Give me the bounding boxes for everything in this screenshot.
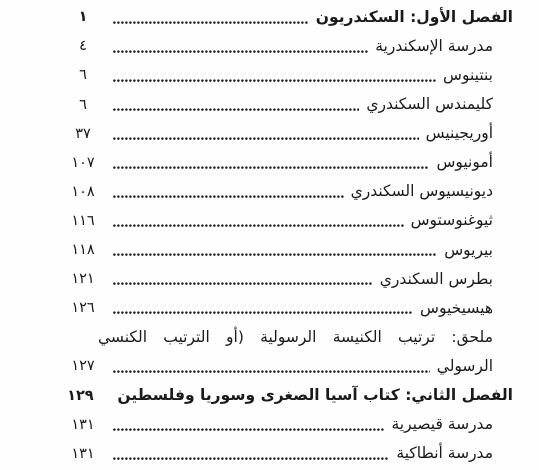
toc-row: مدرسة الإسكندرية ٤	[60, 32, 513, 61]
dot-leader	[113, 253, 437, 257]
toc-row-chapter-1: الفصل الأول: السكندريون ١	[60, 3, 513, 32]
toc-title: الرسولي	[437, 359, 493, 375]
toc-title: مدرسة أنطاكية	[396, 446, 493, 462]
page-number: ١٢٦	[60, 301, 106, 316]
dot-leader	[113, 21, 309, 25]
toc-row: مدرسة قيصيرية ١٣١	[60, 410, 513, 439]
page-number: ٤	[60, 39, 106, 54]
page-number: ١١٨	[60, 243, 106, 258]
toc-row: ديونيسيوس السكندري ١٠٨	[60, 178, 513, 207]
dot-leader	[113, 370, 430, 374]
dot-leader	[113, 224, 404, 228]
toc-title: ثيوغنوستوس	[411, 213, 493, 229]
toc-row: بطرس السكندري ١٢١	[60, 265, 513, 294]
toc-title: الفصل الثاني: كتاب آسيا الصغرى وسوريا وف…	[117, 388, 513, 404]
dot-leader	[113, 166, 429, 170]
toc-title: بيريوس	[444, 243, 493, 259]
page-number: ١٠٨	[60, 185, 106, 200]
page-number: ١٢١	[60, 272, 106, 287]
toc-row: بيريوس ١١٨	[60, 236, 513, 265]
page-number: ٦	[60, 68, 106, 83]
toc-title: بطرس السكندري	[380, 272, 493, 288]
dot-leader	[113, 282, 373, 286]
toc-row: أوريجينيس ٣٧	[60, 119, 513, 148]
dot-leader	[113, 457, 389, 461]
page-number: ١١٦	[60, 214, 106, 229]
toc-row: مدرسة أنطاكية ١٣١	[60, 439, 513, 468]
toc-row-appendix-line1: ملحق: ترتيب الكنيسة الرسولية (أو الترتيب…	[98, 323, 513, 352]
dot-leader	[113, 311, 413, 315]
toc-row: أمونيوس ١٠٧	[60, 148, 513, 177]
toc-row: ثيوغنوستوس ١١٦	[60, 207, 513, 236]
page-number: ١٢٧	[60, 359, 106, 374]
dot-leader	[113, 108, 359, 112]
page-number: ٦	[60, 98, 106, 113]
toc-title: ملحق: ترتيب الكنيسة الرسولية (أو الترتيب…	[98, 323, 493, 346]
toc-row-chapter-2: الفصل الثاني: كتاب آسيا الصغرى وسوريا وف…	[60, 381, 513, 410]
toc-title: الفصل الأول: السكندريون	[316, 10, 513, 26]
toc-title: أوريجينيس	[426, 126, 493, 142]
toc-title: كليمندس السكندري	[366, 97, 493, 113]
dot-leader	[113, 428, 384, 432]
dot-leader	[113, 79, 436, 83]
toc-row: بنتينوس ٦	[60, 61, 513, 90]
toc-row: هيسيخيوس ١٢٦	[60, 294, 513, 323]
toc-title: هيسيخيوس	[420, 301, 493, 317]
toc-title: مدرسة قيصيرية	[391, 417, 493, 433]
table-of-contents: الفصل الأول: السكندريون ١ مدرسة الإسكندر…	[0, 0, 539, 470]
page-number: ١٣١	[60, 418, 106, 433]
toc-title: أمونيوس	[436, 155, 493, 171]
page-number: ١٠٧	[60, 156, 106, 171]
toc-row-appendix-line2: الرسولي ١٢٧	[60, 352, 513, 381]
page-number: ١٢٩	[57, 389, 103, 404]
toc-title: ديونيسيوس السكندري	[351, 184, 493, 200]
dot-leader	[113, 195, 344, 199]
page-number: ٣٧	[60, 127, 106, 142]
dot-leader	[113, 137, 419, 141]
toc-title: بنتينوس	[443, 68, 493, 84]
toc-row: كليمندس السكندري ٦	[60, 90, 513, 119]
page-number: ١	[60, 10, 106, 25]
dot-leader	[113, 50, 368, 54]
toc-title: مدرسة الإسكندرية	[375, 39, 493, 55]
page-number: ١٣١	[60, 447, 106, 462]
